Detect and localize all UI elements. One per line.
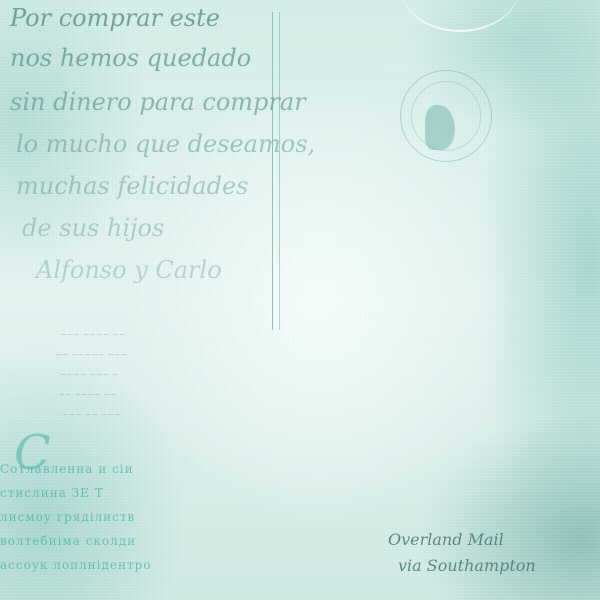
cyrillic-line: ассоук лоплнідентро <box>0 558 152 572</box>
faint-script: ~~ ~~~~ ~~ <box>58 390 117 399</box>
faint-script: ~~~~ ~~~ ~ <box>60 370 119 379</box>
postal-note-line: Overland Mail <box>388 530 504 549</box>
faint-script: ~~~ ~~~~ ~~ <box>60 330 125 339</box>
letter-line: de sus hijos <box>22 214 164 242</box>
vintage-postcard-background: Por comprar este nos hemos quedado sin d… <box>0 0 600 600</box>
cyrillic-line: стислина ЗЕ Т <box>0 486 104 500</box>
faint-script: ~~ ~~~~~ ~~~ <box>55 350 127 359</box>
letter-line: sin dinero para comprar <box>10 88 306 116</box>
postcard-divider-line <box>272 12 280 330</box>
letter-line: Por comprar este <box>10 4 220 32</box>
letter-line: nos hemos quedado <box>10 44 251 72</box>
letter-line: muchas felicidades <box>16 172 248 200</box>
letter-line: Alfonso y Carlo <box>36 256 222 284</box>
ink-blot <box>425 105 455 150</box>
cyrillic-line: лисмоу гряділиств <box>0 510 135 524</box>
faint-script: ~~~ ~~ ~~~ <box>62 410 121 419</box>
cyrillic-line: волтебиіма сколди <box>0 534 136 548</box>
postal-note-line: via Southampton <box>398 556 536 575</box>
letter-line: lo mucho que deseamos, <box>16 130 315 158</box>
cyrillic-line: Сотлавленна и сіи <box>0 462 134 476</box>
